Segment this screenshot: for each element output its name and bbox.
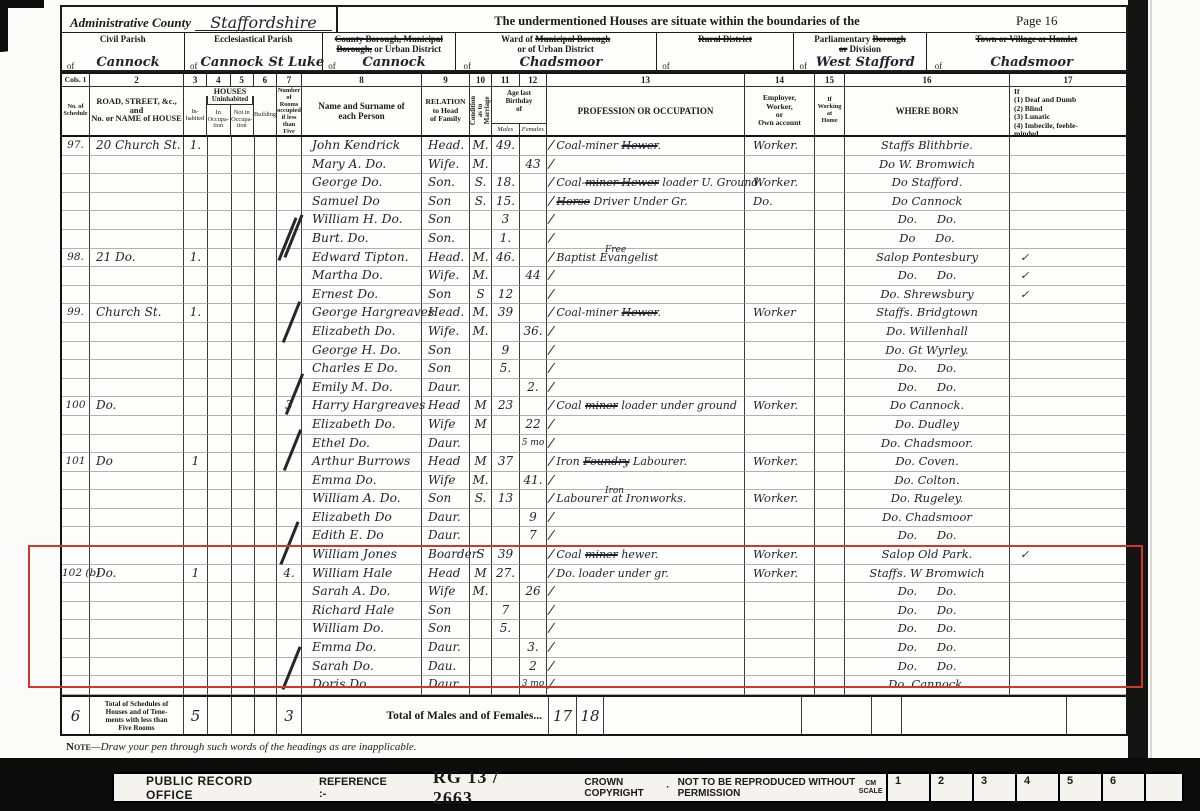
town-village-field: Town or Village or Hamlet of Chadsmoor: [927, 33, 1126, 72]
cell-where-born: Do. Do.: [845, 211, 1010, 230]
cell-name: Elizabeth Do.: [302, 416, 422, 435]
cell-uninhabited-occupied: [208, 453, 232, 472]
cell-employer: [745, 211, 815, 230]
cell-age-female: 2.: [520, 379, 547, 398]
col16-number: 16: [845, 74, 1009, 87]
cell-age-female: [520, 174, 547, 193]
cell-age-female: [520, 304, 547, 323]
cell-employer: [745, 472, 815, 491]
ward-kept: Ward of: [501, 34, 533, 44]
cell-uninhabited-occupied: [208, 156, 232, 175]
col4-number: 4: [207, 74, 230, 86]
person-row: 98.21 Do.1.Edward Tipton.Head.M.46./Free…: [62, 249, 1126, 268]
cell-name: Edith E. Do: [302, 527, 422, 546]
cell-occupation: /: [547, 527, 745, 546]
cell-schedule-number: [62, 509, 90, 528]
cell-relation: Head.: [422, 249, 470, 268]
scan-edge-line: [1150, 0, 1152, 758]
rural-district-value: [673, 70, 788, 71]
cell-employer: [745, 323, 815, 342]
cell-uninhabited-occupied: [208, 304, 232, 323]
col14-title: Employer, Worker, or Own account: [745, 87, 814, 135]
occupation-text: Labourer: [556, 492, 608, 505]
cell-inhabited: [184, 472, 208, 491]
total-rooms-value: 3: [277, 697, 302, 734]
cell-age-female: [520, 230, 547, 249]
cell-relation: Head.: [422, 137, 470, 156]
person-row: 101Do1Arthur BurrowsHeadM37/Iron Foundry…: [62, 453, 1126, 472]
col13-number: 13: [547, 74, 744, 87]
cell-building: [255, 193, 277, 212]
houses-subcolumns: In- habited Uninhabited In Occupa- tion …: [184, 96, 276, 135]
cell-schedule-number: [62, 379, 90, 398]
cell-uninhabited-occupied: [208, 397, 232, 416]
cell-age-female: 22: [520, 416, 547, 435]
cell-infirmity: [1010, 527, 1126, 546]
col3-title: In- habited: [184, 96, 207, 135]
borough-struck: Borough,: [336, 44, 372, 54]
cell-uninhabited-unoccupied: [232, 249, 255, 268]
rural-district-field: Rural District of: [657, 33, 794, 72]
cell-age-female: 9: [520, 509, 547, 528]
cell-occupation: /: [547, 416, 745, 435]
cell-uninhabited-unoccupied: [232, 490, 255, 509]
cell-working-home: [815, 379, 845, 398]
column-headers: Cols. 1 No. of Schedule 2 ROAD, STREET, …: [60, 72, 1128, 137]
county-borough-struck-label: County Borough, Municipal: [335, 34, 443, 44]
cell-name: Martha Do.: [302, 267, 422, 286]
cell-age-female: [520, 137, 547, 156]
cell-working-home: [815, 211, 845, 230]
cell-inhabited: [184, 527, 208, 546]
cell-infirmity: ✓: [1010, 249, 1126, 268]
red-highlight-box: [28, 545, 1143, 688]
cell-schedule-number: [62, 490, 90, 509]
occupation-text: Coal-miner: [556, 139, 621, 152]
cell-condition: S.: [470, 193, 492, 212]
tick-mark: /: [548, 323, 555, 340]
cell-occupation: /: [547, 211, 745, 230]
tick-mark: /: [548, 360, 555, 377]
cell-inhabited: [184, 379, 208, 398]
cell-where-born: Do Do.: [845, 230, 1010, 249]
cell-infirmity: [1010, 137, 1126, 156]
cell-uninhabited-unoccupied: [232, 174, 255, 193]
of-label: of: [935, 61, 943, 71]
parliamentary-kept: Parliamentary: [814, 34, 870, 44]
col-infirmity: 17 If (1) Deaf and Dumb (2) Blind (3) Lu…: [1010, 74, 1126, 135]
col9-number: 9: [422, 74, 469, 87]
cell-age-female: 41.: [520, 472, 547, 491]
cell-name: Burt. Do.: [302, 230, 422, 249]
cell-inhabited: [184, 156, 208, 175]
cell-age-male: 9: [492, 342, 520, 361]
occupation-text: Coal: [556, 399, 585, 412]
col-employer: 14 Employer, Worker, or Own account: [745, 74, 815, 135]
cell-condition: [470, 360, 492, 379]
cell-uninhabited-occupied: [208, 137, 232, 156]
cell-employer: Worker: [745, 304, 815, 323]
age-title: Age last Birthday of: [492, 87, 546, 123]
col-working-home: 15 If Working at Home: [815, 74, 845, 135]
of-label: of: [662, 61, 670, 71]
cell-age-male: [492, 156, 520, 175]
of-label: of: [464, 61, 472, 71]
cell-occupation: /: [547, 472, 745, 491]
cell-age-female: [520, 342, 547, 361]
cell-address: 20 Church St.: [90, 137, 184, 156]
cell-where-born: Do. Chadsmoor: [845, 509, 1010, 528]
cell-inhabited: [184, 509, 208, 528]
cell-age-male: 5.: [492, 360, 520, 379]
cell-uninhabited-occupied: [208, 193, 232, 212]
cell-name: Charles E Do.: [302, 360, 422, 379]
cell-age-female: 44: [520, 267, 547, 286]
cell-working-home: [815, 174, 845, 193]
cell-employer: [745, 249, 815, 268]
cell-address: [90, 379, 184, 398]
col-schedule-number: Cols. 1 No. of Schedule: [62, 74, 90, 135]
person-row: Ernest Do.SonS12/Do. Shrewsbury✓: [62, 286, 1126, 305]
col-name: 8 Name and Surname of each Person: [302, 74, 422, 135]
reference-number: RG 13 / 2663: [433, 767, 515, 809]
col-road-street: 2 ROAD, STREET, &c., and No. or NAME of …: [90, 74, 184, 135]
scan-corner-inner: [8, 8, 48, 56]
census-scan-page: { "header": { "admin_label": "Administra…: [0, 0, 1200, 811]
cell-schedule-number: 101: [62, 453, 90, 472]
cell-employer: [745, 509, 815, 528]
cell-where-born: Do. Colton.: [845, 472, 1010, 491]
cell-uninhabited-occupied: [208, 527, 232, 546]
occupation-struck-text: Horse: [556, 195, 590, 208]
cell-condition: [470, 435, 492, 454]
cell-building: [255, 304, 277, 323]
col1-title: No. of Schedule: [62, 87, 89, 135]
occupation-struck-text: Hewer: [622, 139, 658, 152]
cell-employer: [745, 360, 815, 379]
cell-occupation: /: [547, 379, 745, 398]
cell-uninhabited-unoccupied: [232, 360, 255, 379]
cell-uninhabited-occupied: [208, 174, 232, 193]
header-fields-row: Civil Parish of Cannock Ecclesiastical P…: [62, 33, 1126, 72]
cell-age-male: [492, 435, 520, 454]
cell-age-male: 18.: [492, 174, 520, 193]
occupation-text: Labourer.: [630, 455, 687, 468]
cell-address: Do: [90, 453, 184, 472]
cell-building: [255, 267, 277, 286]
cell-age-female: 5 mo: [520, 435, 547, 454]
cell-occupation: /Horse Driver Under Gr.: [547, 193, 745, 212]
cell-uninhabited-occupied: [208, 267, 232, 286]
col12-number: 12: [520, 74, 547, 86]
cell-address: [90, 342, 184, 361]
cell-condition: S: [470, 286, 492, 305]
tick-mark: /: [548, 453, 555, 470]
col-where-born: 16 WHERE BORN: [845, 74, 1010, 135]
cell-infirmity: [1010, 509, 1126, 528]
cell-working-home: [815, 249, 845, 268]
cell-condition: M: [470, 397, 492, 416]
ecclesiastical-parish-label: Ecclesiastical Parish: [214, 34, 292, 44]
cell-occupation: /FreeBaptist Evangelist: [547, 249, 745, 268]
cell-relation: Son.: [422, 230, 470, 249]
cell-building: [255, 360, 277, 379]
cell-uninhabited-occupied: [208, 323, 232, 342]
town-village-value: Chadsmoor: [945, 56, 1118, 71]
col7-title: Number of Rooms occupied if less than Fi…: [277, 87, 301, 137]
division-label: or Division: [839, 44, 881, 54]
cell-name: Arthur Burrows: [302, 453, 422, 472]
person-row: Burt. Do.Son.1./Do Do.: [62, 230, 1126, 249]
person-row: Mary A. Do.Wife.M.43/Do W. Bromwich: [62, 156, 1126, 175]
cell-occupation: /: [547, 156, 745, 175]
cell-uninhabited-unoccupied: [232, 267, 255, 286]
cell-name: Harry Hargreaves: [302, 397, 422, 416]
occupation-text: Driver Under Gr.: [590, 195, 688, 208]
cell-occupation: /: [547, 267, 745, 286]
occupation-text: .: [658, 139, 662, 152]
tick-mark: /: [548, 304, 555, 321]
cell-building: [255, 249, 277, 268]
col9-title: RELATION to Head of Family: [422, 87, 469, 135]
cell-where-born: Do W. Bromwich: [845, 156, 1010, 175]
col7-number: 7: [277, 74, 301, 87]
cell-inhabited: [184, 174, 208, 193]
occupation-struck-text: miner: [585, 399, 618, 412]
person-row: Ethel Do.Daur.5 mo/Do. Chadsmoor.: [62, 435, 1126, 454]
tick-mark: /: [548, 267, 555, 284]
cell-employer: Worker.: [745, 137, 815, 156]
cell-uninhabited-occupied: [208, 490, 232, 509]
borough-struck: Borough: [872, 34, 905, 44]
cell-working-home: [815, 397, 845, 416]
cell-relation: Wife.: [422, 323, 470, 342]
person-row: George H. Do.Son9/Do. Gt Wyrley.: [62, 342, 1126, 361]
cell-working-home: [815, 360, 845, 379]
cell-address: 21 Do.: [90, 249, 184, 268]
totals-empty-cell: [255, 697, 277, 734]
cell-uninhabited-unoccupied: [232, 304, 255, 323]
cell-inhabited: [184, 435, 208, 454]
tick-mark: /: [548, 174, 555, 191]
person-row: Elizabeth DoDaur.9/Do. Chadsmoor: [62, 509, 1126, 528]
col6-title: Building: [254, 96, 276, 135]
cell-uninhabited-occupied: [208, 416, 232, 435]
cell-rooms: [277, 193, 302, 212]
ecclesiastical-parish-field: Ecclesiastical Parish of Cannock St Luke: [185, 33, 323, 72]
cell-relation: Son: [422, 342, 470, 361]
scale-cell: 2: [929, 774, 972, 801]
tick-mark: /: [548, 509, 555, 526]
col2-number: 2: [90, 74, 183, 87]
cell-inhabited: [184, 193, 208, 212]
col6-number: 6: [254, 74, 276, 86]
cell-where-born: Salop Pontesbury: [845, 249, 1010, 268]
cell-age-male: [492, 527, 520, 546]
cell-address: [90, 527, 184, 546]
tick-mark: /: [548, 397, 555, 414]
cell-address: [90, 156, 184, 175]
occupation-inserted-word: Iron: [605, 483, 624, 500]
occupation-text: loader under ground: [618, 399, 737, 412]
tick-mark: /: [548, 211, 555, 228]
cell-infirmity: [1010, 379, 1126, 398]
col8-number: 8: [302, 74, 421, 87]
cell-working-home: [815, 453, 845, 472]
cell-inhabited: [184, 211, 208, 230]
col-relation: 9 RELATION to Head of Family: [422, 74, 470, 135]
tick-mark: /: [548, 230, 555, 247]
col8-title: Name and Surname of each Person: [302, 87, 421, 135]
cell-relation: Son: [422, 193, 470, 212]
cell-working-home: [815, 435, 845, 454]
cell-uninhabited-unoccupied: [232, 416, 255, 435]
cell-employer: [745, 527, 815, 546]
females-label: Females: [520, 124, 547, 135]
cell-age-male: 3: [492, 211, 520, 230]
cell-name: Emma Do.: [302, 472, 422, 491]
cell-age-male: [492, 472, 520, 491]
cell-rooms: [277, 342, 302, 361]
cell-inhabited: 1: [184, 453, 208, 472]
cell-infirmity: [1010, 435, 1126, 454]
cell-condition: M.: [470, 472, 492, 491]
cell-age-female: 36.: [520, 323, 547, 342]
cell-name: Mary A. Do.: [302, 156, 422, 175]
cell-where-born: Do Cannock: [845, 193, 1010, 212]
tick-mark: /: [548, 490, 555, 507]
person-row: Samuel DoSonS.15./Horse Driver Under Gr.…: [62, 193, 1126, 212]
cell-working-home: [815, 286, 845, 305]
cell-where-born: Do. Chadsmoor.: [845, 435, 1010, 454]
cell-address: Do.: [90, 397, 184, 416]
col1-number: Cols. 1: [62, 74, 89, 87]
cell-uninhabited-occupied: [208, 286, 232, 305]
cell-uninhabited-occupied: [208, 249, 232, 268]
person-row: Martha Do.Wife.M.44/Do. Do.✓: [62, 267, 1126, 286]
person-row: William A. Do.SonS.13/IronLabourer at Ir…: [62, 490, 1126, 509]
cell-uninhabited-unoccupied: [232, 379, 255, 398]
cell-address: Church St.: [90, 304, 184, 323]
cell-schedule-number: [62, 472, 90, 491]
col-age-group: 11 12 Age last Birthday of Males Females: [492, 74, 547, 135]
cell-relation: Wife.: [422, 156, 470, 175]
cell-age-female: [520, 360, 547, 379]
cell-age-male: [492, 379, 520, 398]
cell-working-home: [815, 230, 845, 249]
total-females-value: 18: [577, 697, 604, 734]
person-row: George Do.Son.S.18./Coal-miner Hewer loa…: [62, 174, 1126, 193]
cell-rooms: [277, 360, 302, 379]
cell-employer: [745, 230, 815, 249]
cell-occupation: /Coal-miner Hewer loader U. Ground: [547, 174, 745, 193]
cell-age-male: 23: [492, 397, 520, 416]
cell-uninhabited-occupied: [208, 342, 232, 361]
cell-address: [90, 416, 184, 435]
person-row: William H. Do.Son3/Do. Do.: [62, 211, 1126, 230]
urban-district-kept: or Urban District: [374, 44, 441, 54]
cell-name: George H. Do.: [302, 342, 422, 361]
col11-number: 11: [492, 74, 520, 86]
cell-schedule-number: [62, 342, 90, 361]
col16-title: WHERE BORN: [845, 87, 1009, 135]
reference-label: REFERENCE :-: [319, 776, 387, 800]
cell-infirmity: [1010, 156, 1126, 175]
cell-condition: M.: [470, 304, 492, 323]
cell-uninhabited-occupied: [208, 379, 232, 398]
cell-age-female: [520, 286, 547, 305]
cell-infirmity: [1010, 490, 1126, 509]
cell-occupation: /: [547, 360, 745, 379]
cell-inhabited: 1.: [184, 249, 208, 268]
person-row: Charles E Do.Son5./Do. Do.: [62, 360, 1126, 379]
cell-address: [90, 230, 184, 249]
scale-cell: 1: [886, 774, 929, 801]
cell-age-female: [520, 490, 547, 509]
cell-age-female: [520, 453, 547, 472]
cell-age-male: 12: [492, 286, 520, 305]
cell-building: [255, 323, 277, 342]
cell-working-home: [815, 323, 845, 342]
crown-copyright-label: CROWN COPYRIGHT: [584, 777, 658, 799]
cell-where-born: Do. Do.: [845, 360, 1010, 379]
of-label: of: [328, 61, 336, 71]
tick-mark: /: [548, 155, 555, 172]
cell-condition: S.: [470, 490, 492, 509]
cell-age-male: [492, 323, 520, 342]
cell-building: [255, 379, 277, 398]
note-label: Note: [66, 741, 91, 753]
col17-title: If (1) Deaf and Dumb (2) Blind (3) Lunat…: [1010, 87, 1126, 139]
tick-mark: /: [548, 378, 555, 395]
cell-uninhabited-occupied: [208, 360, 232, 379]
cell-relation: Daur.: [422, 435, 470, 454]
cell-employer: [745, 267, 815, 286]
occupation-text: loader U. Ground: [659, 176, 759, 189]
cell-rooms: [277, 156, 302, 175]
cell-employer: [745, 435, 815, 454]
cell-uninhabited-unoccupied: [232, 527, 255, 546]
cell-age-female: 43: [520, 156, 547, 175]
cell-address: [90, 286, 184, 305]
cell-condition: [470, 230, 492, 249]
cell-infirmity: [1010, 397, 1126, 416]
or-struck: or: [839, 44, 847, 54]
cell-rooms: [277, 472, 302, 491]
of-label: of: [190, 61, 198, 71]
totals-empty-cell: [232, 697, 255, 734]
cell-age-male: 37: [492, 453, 520, 472]
cell-employer: [745, 379, 815, 398]
cell-condition: S.: [470, 174, 492, 193]
cell-age-male: 39: [492, 304, 520, 323]
cell-employer: [745, 342, 815, 361]
cell-infirmity: [1010, 230, 1126, 249]
cell-working-home: [815, 156, 845, 175]
cell-uninhabited-unoccupied: [232, 193, 255, 212]
ward-label: Ward of Municipal Borough: [501, 34, 610, 44]
total-males-value: 17: [549, 697, 577, 734]
cell-relation: Wife.: [422, 267, 470, 286]
cell-occupation: /: [547, 286, 745, 305]
rural-district-struck-label: Rural District: [698, 34, 752, 44]
cell-working-home: [815, 267, 845, 286]
civil-parish-value: Cannock: [77, 56, 178, 71]
totals-row: 6 Total of Schedules of Houses and of Te…: [60, 695, 1128, 736]
cell-where-born: Do. Do.: [845, 267, 1010, 286]
cell-age-male: 49.: [492, 137, 520, 156]
cell-where-born: Do. Gt Wyrley.: [845, 342, 1010, 361]
